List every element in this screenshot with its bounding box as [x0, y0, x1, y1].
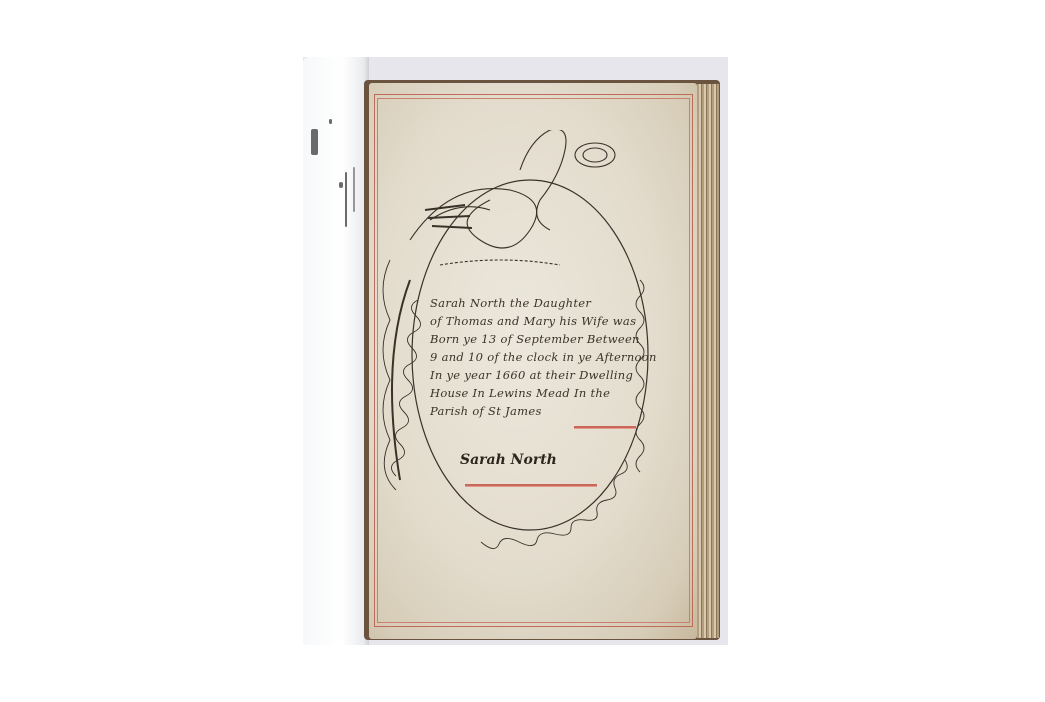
text-line: House In Lewins Mead In the: [430, 384, 660, 402]
signature: Sarah North: [460, 452, 557, 468]
red-underline: [574, 426, 636, 429]
text-line: In ye year 1660 at their Dwelling: [430, 366, 660, 384]
text-line: Sarah North the Daughter: [430, 294, 660, 312]
text-line: 9 and 10 of the clock in ye Afternoon: [430, 348, 660, 366]
ink-stroke: [345, 172, 347, 227]
text-line: Parish of St James: [430, 402, 660, 420]
ink-dot: [329, 119, 332, 124]
page-fore-edge: [697, 84, 719, 638]
ink-blot: [311, 129, 318, 155]
text-line: Born ye 13 of September Between: [430, 330, 660, 348]
left-blank-page: [303, 57, 369, 645]
ink-dot: [339, 182, 343, 188]
text-line: of Thomas and Mary his Wife was: [430, 312, 660, 330]
ink-stroke: [353, 167, 355, 212]
red-underline: [465, 484, 597, 487]
birth-record-text: Sarah North the Daughter of Thomas and M…: [430, 294, 660, 420]
